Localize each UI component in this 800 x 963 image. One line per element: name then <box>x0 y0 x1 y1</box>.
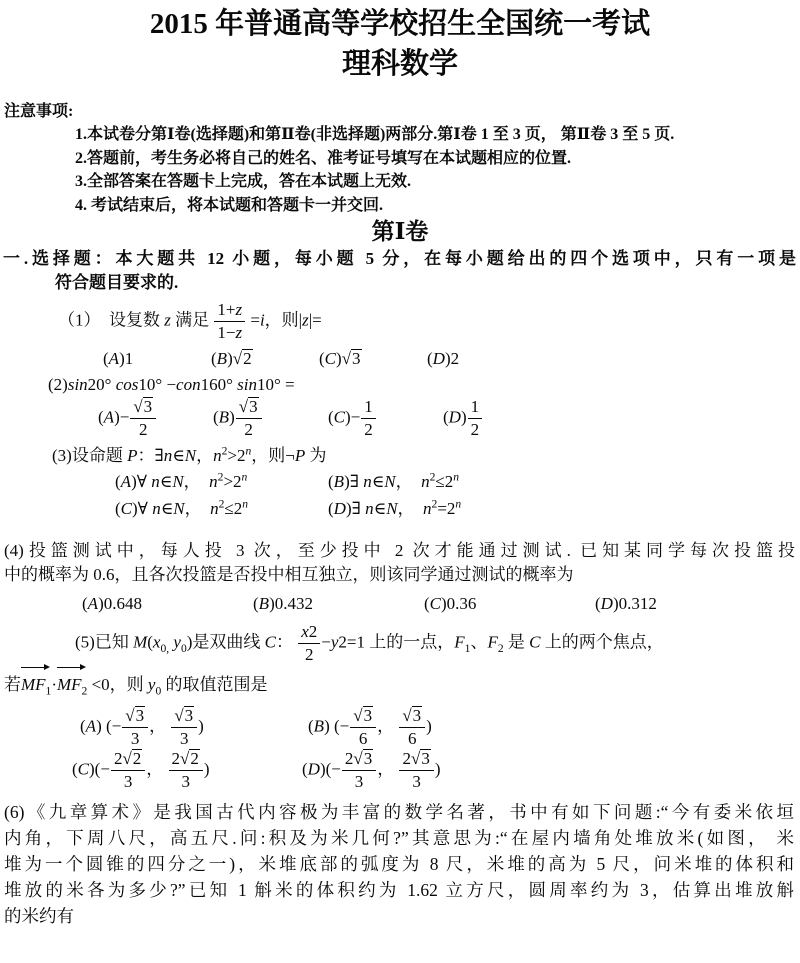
question-6-stem-line-5: 的米约有 <box>4 904 794 930</box>
question-1-option-c: (C)√3 <box>319 345 427 372</box>
question-1-option-a: (A)1 <box>103 345 211 372</box>
question-6-stem-line-4: 堆放的米各为多少?”已知 1 斛米的体积约为 1.62 立方尺，圆周率约为 3，… <box>4 878 794 904</box>
note-item-3: 3.全部答案在答题卡上完成，答在本试题上无效. <box>0 170 800 194</box>
note-item-1: 1.本试卷分第Ⅰ卷(选择题)和第Ⅱ卷(非选择题)两部分.第Ⅰ卷 1 至 3 页，… <box>0 123 800 147</box>
question-6-stem-line-3: 堆为一个圆锥的四分之一)，米堆底部的弧度为 8 尺，米堆的高为 5 尺，问米堆的… <box>4 852 794 878</box>
question-2-stem: (2)sin20° cos10° −con160° sin10° = <box>0 372 800 397</box>
question-2-option-c: (C)−12 <box>328 397 443 440</box>
note-item-4: 4. 考试结束后，将本试题和答题卡一并交回. <box>0 194 800 218</box>
question-5-options-row-1: (A) (−√33， √33)(B) (−√36， √36) <box>0 706 800 749</box>
question-1-option-d: (D)2 <box>427 345 535 372</box>
question-4-stem-line-1: (4)投篮测试中，每人投 3 次，至少投中 2 次才能通过测试. 已知某同学每次… <box>4 539 795 563</box>
question-3-options-row-2: (C)∀ n∈N， n2≤2n(D)∃ n∈N， n2=2n <box>0 495 800 522</box>
note-item-2: 2.答题前，考生务必将自己的姓名、准考证号填写在本试题相应的位置. <box>0 147 800 171</box>
question-3-options-row-1: (A)∀ n∈N， n2>2n(B)∃ n∈N， n2≤2n <box>0 468 800 495</box>
question-5-options-row-2: (C)(−2√23， 2√23)(D)(−2√33， 2√33) <box>0 749 800 792</box>
page-subtitle: 理科数学 <box>0 44 800 84</box>
question-3-option-d: (D)∃ n∈N， n2=2n <box>328 496 541 522</box>
exam-paper-page: 2015 年普通高等学校招生全国统一考试 理科数学 注意事项: 1.本试卷分第Ⅰ… <box>0 0 800 963</box>
notes-heading: 注意事项: <box>0 101 800 123</box>
question-4-option-a: (A)0.648 <box>82 592 253 616</box>
question-3-option-b: (B)∃ n∈N， n2≤2n <box>328 469 541 495</box>
section-heading: 第Ⅰ卷 <box>0 217 800 247</box>
question-4-stem-line-2: 中的概率为 0.6，且各次投篮是否投中相互独立，则该同学通过测试的概率为 <box>4 563 795 587</box>
question-3-option-c: (C)∀ n∈N， n2≤2n <box>115 496 328 522</box>
question-1-option-b: (B)√2 <box>211 345 319 372</box>
question-1-stem: （1） 设复数 z 满足 1+z1−z =i，则|z|= <box>0 300 800 343</box>
question-5-stem-line-2: 若MF1·MF2 <0，则 y0 的取值范围是 <box>0 665 800 698</box>
section-intro-line-1: 一.选择题：本大题共 12 小题，每小题 5 分，在每小题给出的四个选项中，只有… <box>0 247 800 271</box>
question-6-stem-line-2: 内角，下周八尺，高五尺.问:积及为米几何?”其意思为:“在屋内墙角处堆放米(如图… <box>4 826 794 852</box>
question-4-option-d: (D)0.312 <box>595 592 766 616</box>
question-3-stem: (3)设命题 P：∃n∈N，n2>2n，则¬P 为 <box>0 443 800 468</box>
page-title: 2015 年普通高等学校招生全国统一考试 <box>0 0 800 44</box>
question-1-options: (A)1(B)√2(C)√3(D)2 <box>0 343 800 372</box>
question-5-option-d: (D)(−2√33， 2√33) <box>302 749 532 792</box>
question-2-option-b: (B)√32 <box>213 397 328 440</box>
section-intro-line-2: 符合题目要求的. <box>0 271 800 295</box>
question-4-option-c: (C)0.36 <box>424 592 595 616</box>
section-intro: 一.选择题：本大题共 12 小题，每小题 5 分，在每小题给出的四个选项中，只有… <box>0 247 800 295</box>
question-6-stem: (6)《九章算术》是我国古代内容极为丰富的数学名著，书中有如下问题:“今有委米依… <box>0 800 800 929</box>
question-5-option-c: (C)(−2√23， 2√23) <box>72 749 302 792</box>
question-3-option-a: (A)∀ n∈N， n2>2n <box>115 469 328 495</box>
question-4-stem: (4)投篮测试中，每人投 3 次，至少投中 2 次才能通过测试. 已知某同学每次… <box>0 539 800 587</box>
question-5-option-b: (B) (−√36， √36) <box>308 706 536 749</box>
question-5-stem-line-1: (5)已知 M(x0, y0)是双曲线 C： x22−y2=1 上的一点，F1、… <box>0 622 800 665</box>
question-2-option-d: (D)12 <box>443 397 558 440</box>
question-2-option-a: (A)−√32 <box>98 397 213 440</box>
question-2-options: (A)−√32(B)√32(C)−12(D)12 <box>0 397 800 440</box>
question-6-stem-line-1: (6)《九章算术》是我国古代内容极为丰富的数学名著，书中有如下问题:“今有委米依… <box>4 800 794 826</box>
question-5-option-a: (A) (−√33， √33) <box>80 706 308 749</box>
question-4-option-b: (B)0.432 <box>253 592 424 616</box>
question-4-options: (A)0.648(B)0.432(C)0.36(D)0.312 <box>0 591 800 616</box>
